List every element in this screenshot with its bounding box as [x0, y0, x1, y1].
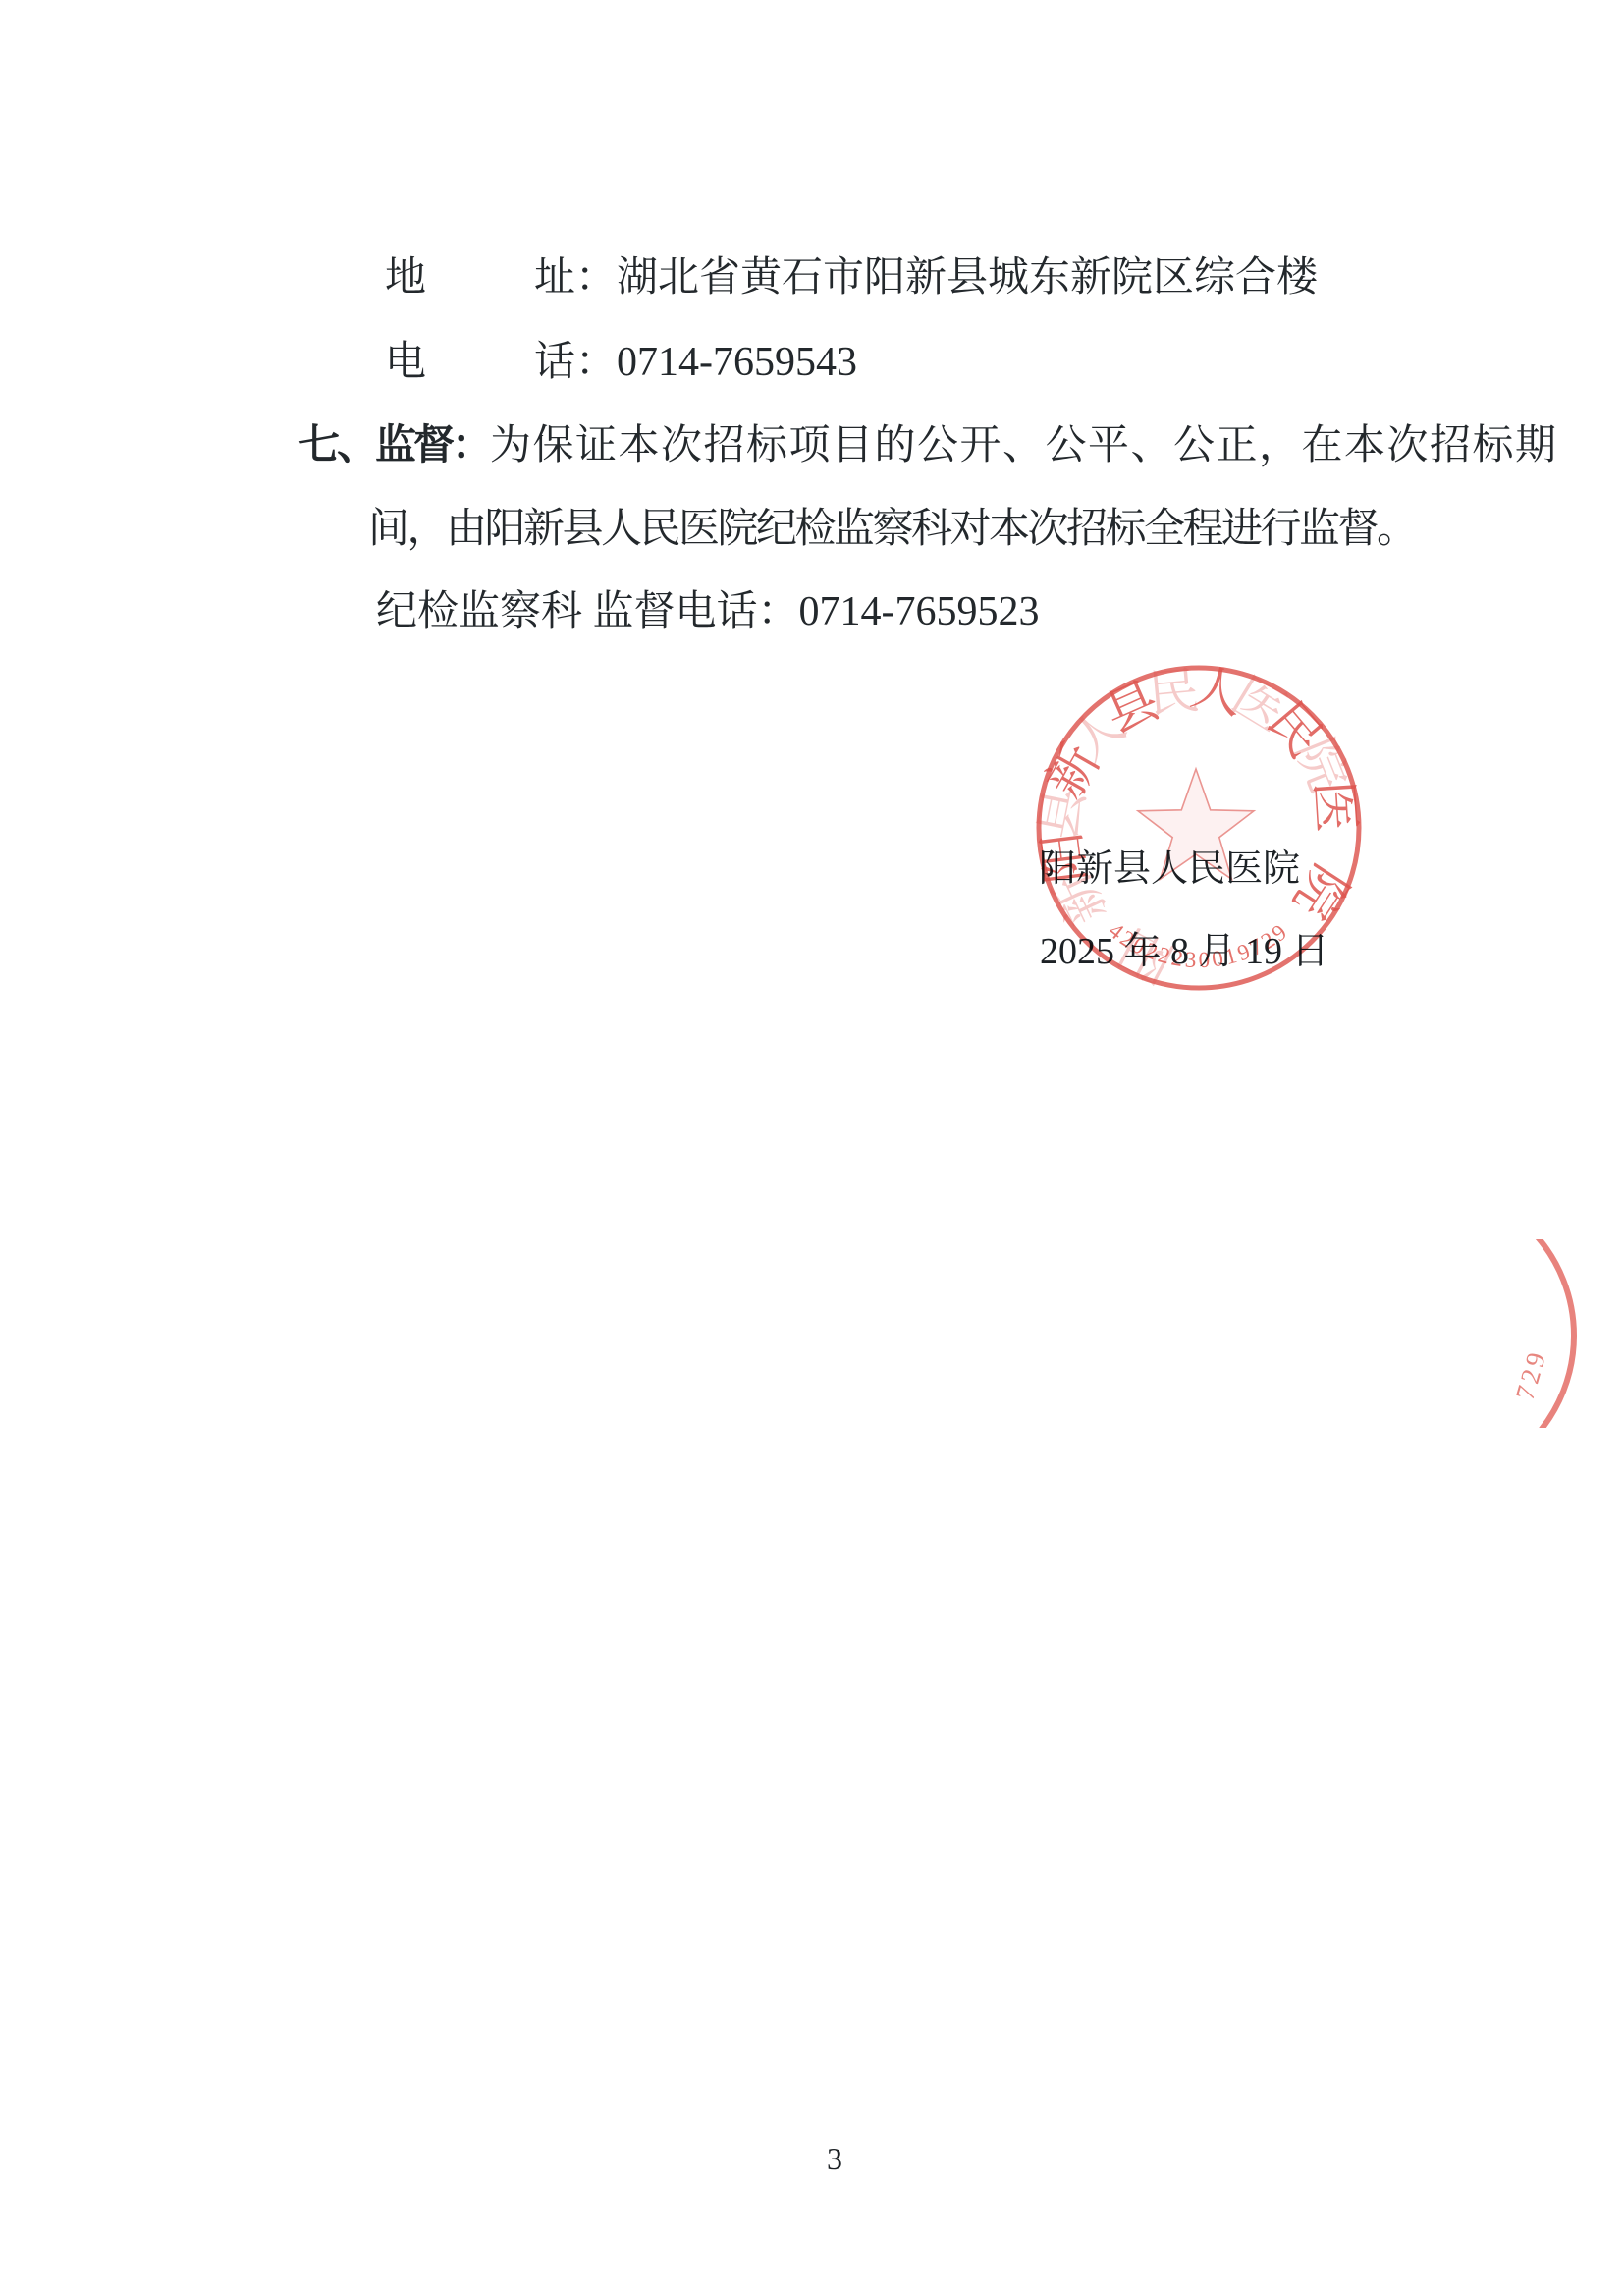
supervision-dept-line: 纪检监察科 监督电话：0714-7659523 [335, 550, 1040, 674]
supervision-title: 监督： [375, 423, 490, 468]
official-seal-stamp: 阳新县人民医院 阳新县人民医院 42022230019729 [1021, 648, 1384, 1011]
phone-label-first: 电 [385, 340, 426, 385]
supervision-item-number: 七、 [298, 423, 375, 468]
supervision-text-2: 间，由阳新县人民医院纪检监察科对本次招标全程进行监督。 [368, 507, 1416, 552]
address-label-rest: 址： [534, 255, 617, 301]
address-label-first: 地 [385, 255, 426, 301]
edge-stamp-digits: 729 [1510, 1345, 1552, 1403]
address-value: 湖北省黄石市阳新县城东新院区综合楼 [617, 255, 1318, 301]
edge-stamp-arc [1404, 1239, 1574, 1428]
phone-value: 0714-7659543 [617, 340, 857, 385]
phone-label-rest: 话： [534, 340, 617, 385]
supervision-text-1: 为保证本次招标项目的公开、公平、公正，在本次招标期 [490, 423, 1558, 468]
page-number: 3 [756, 2141, 913, 2177]
edge-stamp-fragment: 729 [1404, 1239, 1624, 1428]
document-page: 地址：湖北省黄石市阳新县城东新院区综合楼 电话：0714-7659543 七、监… [0, 0, 1624, 2296]
seal-star-icon [1138, 769, 1254, 879]
supervision-dept-text: 纪检监察科 监督电话：0714-7659523 [376, 589, 1040, 634]
